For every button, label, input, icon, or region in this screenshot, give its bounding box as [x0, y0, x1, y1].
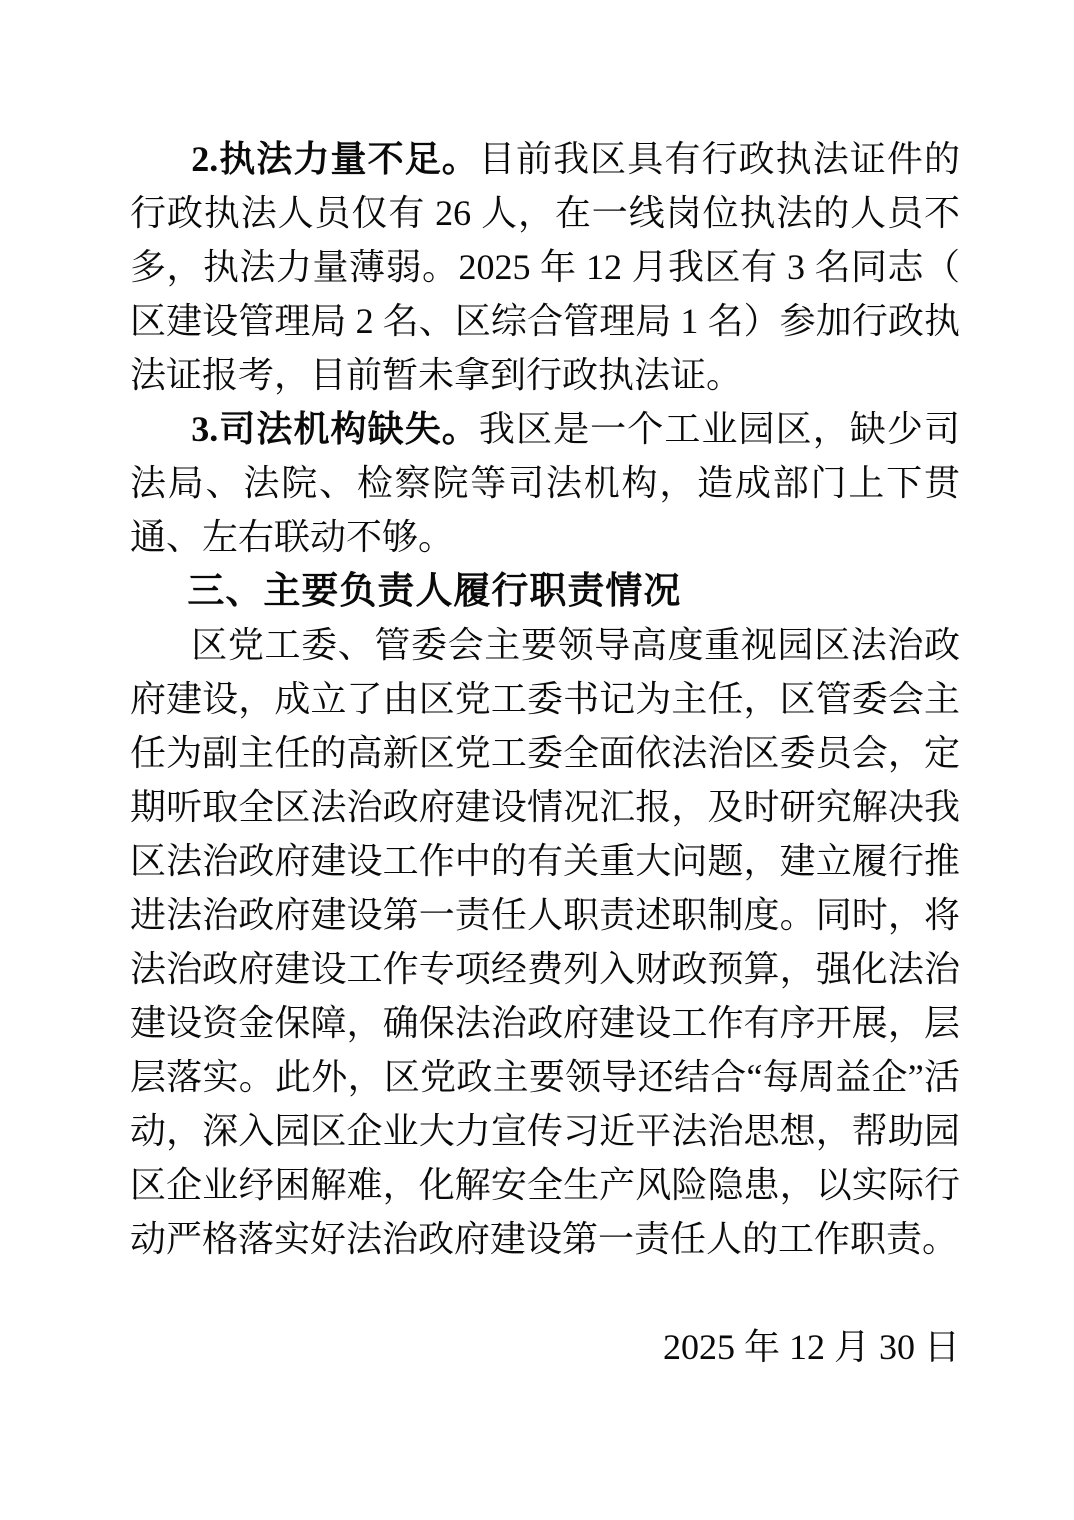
paragraph-enforcement-lead: 2.执法力量不足。 — [191, 139, 479, 179]
section-heading: 三、主要负责人履行职责情况 — [130, 564, 960, 618]
document-date: 2025 年 12 月 30 日 — [130, 1320, 960, 1374]
paragraph-judicial-missing: 3.司法机构缺失。我区是一个工业园区，缺少司法局、法院、检察院等司法机构，造成部… — [130, 402, 960, 564]
paragraph-judicial-lead: 3.司法机构缺失。 — [191, 409, 479, 449]
paragraph-enforcement-shortage: 2.执法力量不足。目前我区具有行政执法证件的行政执法人员仅有 26 人，在一线岗… — [130, 132, 960, 402]
document-page: 2.执法力量不足。目前我区具有行政执法证件的行政执法人员仅有 26 人，在一线岗… — [0, 0, 1074, 1520]
paragraph-leadership-duties: 区党工委、管委会主要领导高度重视园区法治政府建设，成立了由区党工委书记为主任，区… — [130, 618, 960, 1266]
